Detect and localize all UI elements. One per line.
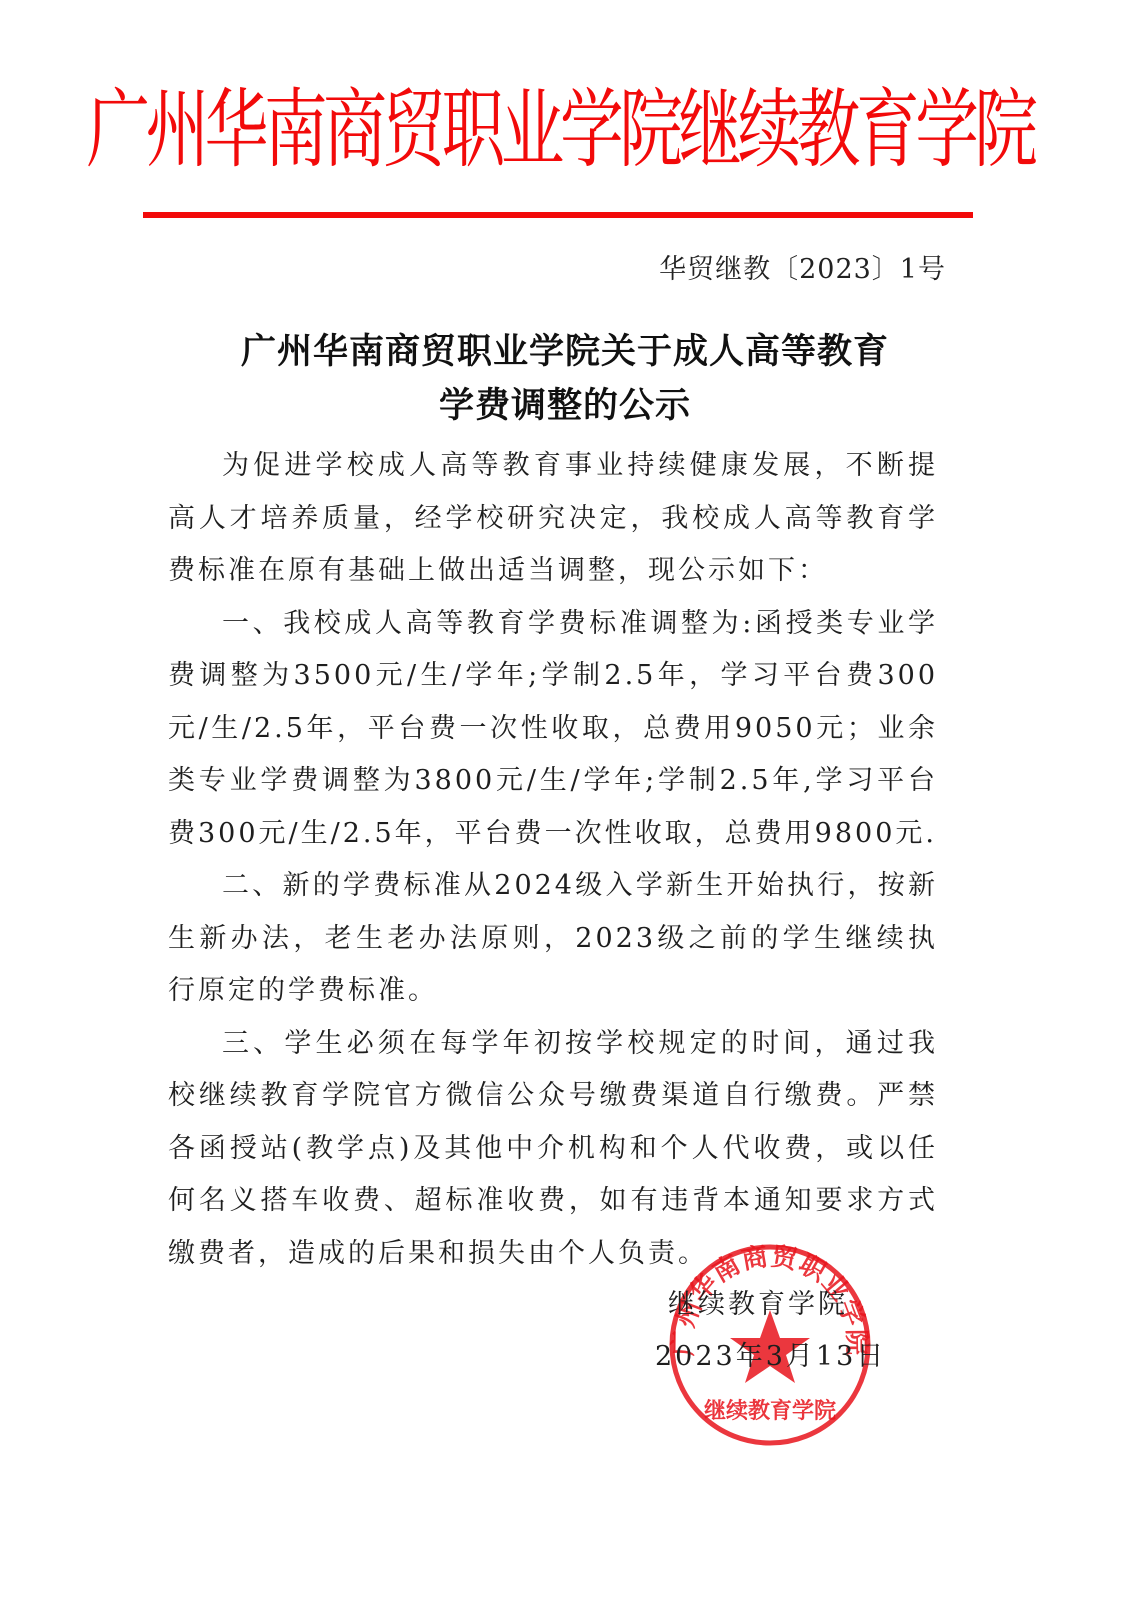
document-number: 华贸继教〔2023〕1号 <box>659 247 946 286</box>
institution-name: 广州华南商贸职业学院继续教育学院 <box>86 87 1033 173</box>
title-line-1: 广州华南商贸职业学院关于成人高等教育 <box>160 325 970 379</box>
letterhead-divider <box>143 212 973 218</box>
clause-2-paragraph: 二、新的学费标准从2024级入学新生开始执行，按新生新办法，老生老办法原则，20… <box>168 860 938 1018</box>
clause-1-paragraph: 一、我校成人高等教育学费标准调整为:函授类专业学费调整为3500元/生/学年;学… <box>168 598 938 861</box>
letterhead-title: 广州华南商贸职业学院继续教育学院 <box>145 70 975 190</box>
signature-date: 2023年3月13日 <box>655 1334 886 1373</box>
seal-inner-text: 继续教育学院 <box>704 1398 836 1424</box>
signature-organization: 继续教育学院 <box>668 1282 848 1321</box>
document-title: 广州华南商贸职业学院关于成人高等教育 学费调整的公示 <box>160 325 970 433</box>
title-line-2: 学费调整的公示 <box>160 379 970 433</box>
intro-paragraph: 为促进学校成人高等教育事业持续健康发展，不断提高人才培养质量，经学校研究决定，我… <box>168 440 938 598</box>
document-body: 为促进学校成人高等教育事业持续健康发展，不断提高人才培养质量，经学校研究决定，我… <box>168 440 938 1280</box>
